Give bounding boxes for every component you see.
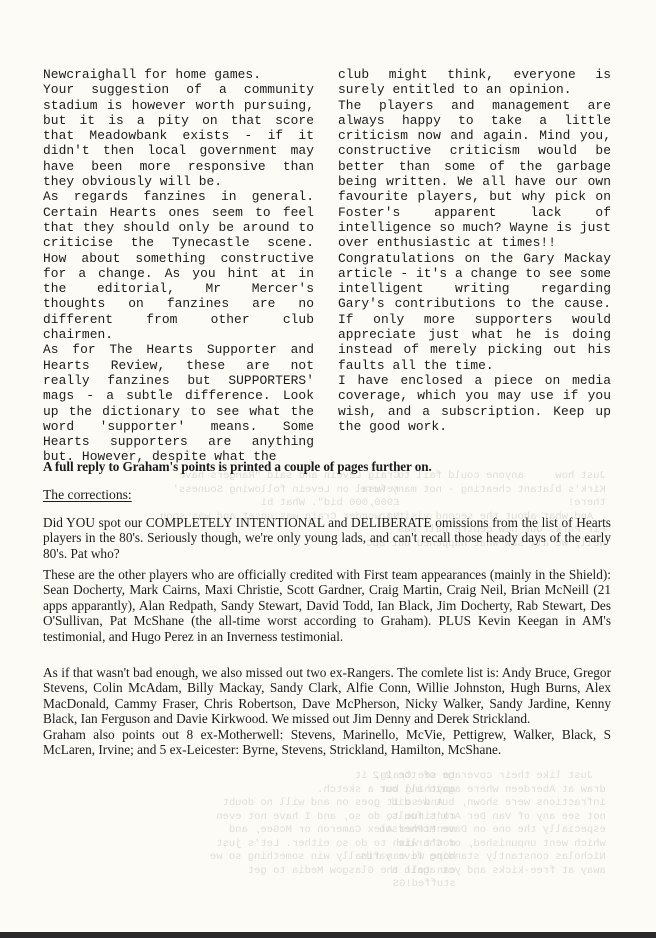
scan-bottom-edge: [0, 932, 656, 938]
letter-paragraph: Congratulations on the Gary Mackay artic…: [338, 251, 611, 373]
reply-note: A full reply to Graham's points is print…: [43, 459, 611, 475]
corrections-text: As if that wasn't bad enough, we also mi…: [43, 665, 611, 727]
letter-paragraph: club might think, everyone is surely ent…: [338, 67, 611, 98]
reverse-side-show-through-4: to see Craig, it anything but a sketch. …: [210, 770, 456, 892]
corrections-heading: The corrections:: [43, 487, 611, 503]
corrections-paragraph-2: These are the other players who are offi…: [43, 567, 611, 644]
letter-paragraph: As for The Hearts Supporter and Hearts R…: [43, 342, 314, 464]
corrections-text: Graham also points out 8 ex-Motherwell: …: [43, 727, 611, 758]
corrections-paragraph-1: Did YOU spot our COMPLETELY INTENTIONAL …: [43, 515, 611, 561]
document-page: Just how anyone could fail to Kirk's bla…: [0, 0, 656, 932]
letter-right-column: club might think, everyone is surely ent…: [338, 67, 611, 434]
letter-paragraph: The players and management are always ha…: [338, 98, 611, 251]
letter-paragraph: Newcraighall for home games.: [43, 67, 314, 82]
letter-paragraph: As regards fanzines in general. Certain …: [43, 189, 314, 342]
corrections-paragraph-3: As if that wasn't bad enough, we also mi…: [43, 665, 611, 757]
letter-left-column: Newcraighall for home games. Your sugges…: [43, 67, 314, 465]
reverse-side-show-through-3: Just like their coverage of the 2-2 draw…: [360, 770, 606, 878]
corrections-text: These are the other players who are offi…: [43, 567, 611, 644]
letter-paragraph: I have enclosed a piece on media coverag…: [338, 373, 611, 434]
corrections-text: Did YOU spot our COMPLETELY INTENTIONAL …: [43, 515, 611, 561]
letter-paragraph: Your suggestion of a community stadium i…: [43, 82, 314, 189]
